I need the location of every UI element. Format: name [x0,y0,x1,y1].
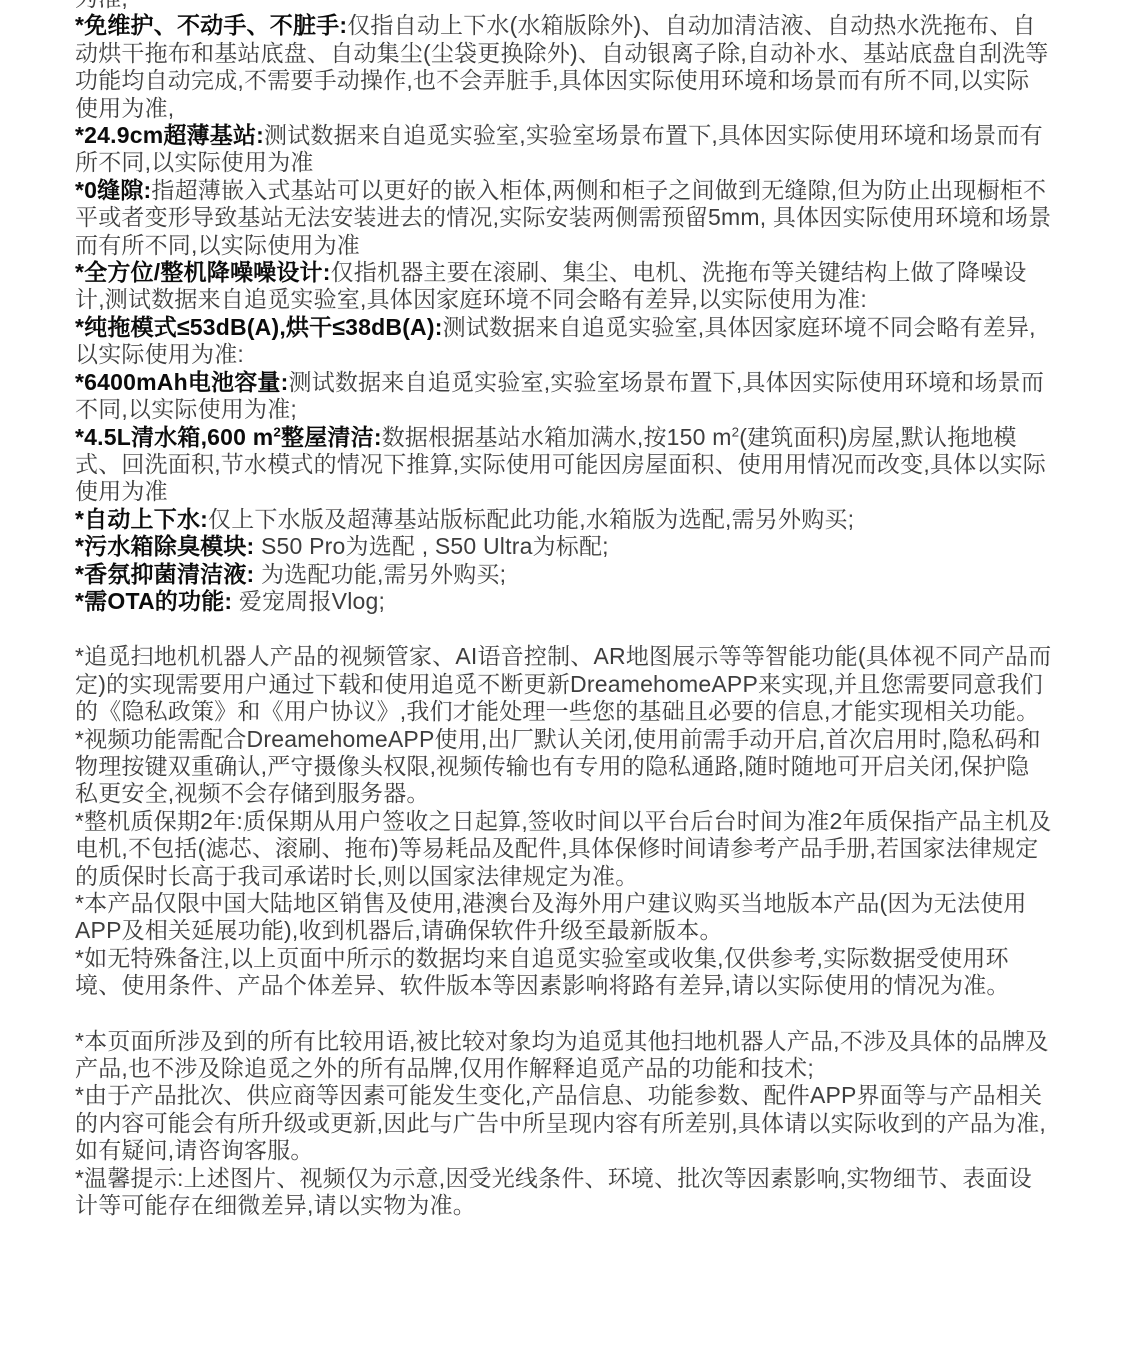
footnote-label: *24.9cm超薄基站: [75,122,264,148]
footnote-text: 数据根据基站水箱加满水,按150 m [382,424,732,450]
footnote-section-1: *免维护、不动手、不脏手:仅指自动上下水(水箱版除外)、自动加清洁液、自动热水洗… [75,12,1052,615]
footnote-label: *污水箱除臭模块: [75,533,254,559]
footnote-text: *由于产品批次、供应商等因素可能发生变化,产品信息、功能参数、配件APP界面等与… [75,1082,1046,1163]
footnote-label: *香氛抑菌清洁液: [75,561,254,587]
footnote-paragraph: *纯拖模式≤53dB(A),烘干≤38dB(A):测试数据来自追觅实验室,具体因… [75,314,1052,369]
footnote-paragraph: *污水箱除臭模块: S50 Pro为选配 , S50 Ultra为标配; [75,533,1052,560]
footnote-section-3: *本页面所涉及到的所有比较用语,被比较对象均为追觅其他扫地机器人产品,不涉及具体… [75,1028,1052,1220]
footnote-label: *自动上下水: [75,506,208,532]
footnote-paragraph: *由于产品批次、供应商等因素可能发生变化,产品信息、功能参数、配件APP界面等与… [75,1082,1052,1164]
footnotes: *免维护、不动手、不脏手:仅指自动上下水(水箱版除外)、自动加清洁液、自动热水洗… [75,12,1052,1219]
footnote-text: 指超薄嵌入式基站可以更好的嵌入柜体,两侧和柜子之间做到无缝隙,但为防止出现橱柜不… [75,177,1051,258]
footnote-paragraph: *香氛抑菌清洁液: 为选配功能,需另外购买; [75,561,1052,588]
footnote-paragraph: *视频功能需配合DreamehomeAPP使用,出厂默认关闭,使用前需手动开启,… [75,726,1052,808]
footnote-paragraph: *24.9cm超薄基站:测试数据来自追觅实验室,实验室场景布置下,具体因实际使用… [75,122,1052,177]
footnote-label: *6400mAh电池容量: [75,369,289,395]
footnote-paragraph: *温馨提示:上述图片、视频仅为示意,因受光线条件、环境、批次等因素影响,实物细节… [75,1165,1052,1220]
footnote-label: *免维护、不动手、不脏手: [75,12,347,38]
footnote-paragraph: *自动上下水:仅上下水版及超薄基站版标配此功能,水箱版为选配,需另外购买; [75,506,1052,533]
footnote-label: 2 [273,424,281,450]
footnote-text: *如无特殊备注,以上页面中所示的数据均来自追觅实验室或收集,仅供参考,实际数据受… [75,945,1010,998]
footnote-label: *全方位/整机降噪噪设计: [75,259,331,285]
footnote-text: S50 Pro为选配 , S50 Ultra为标配; [254,533,608,559]
disclaimer-page: 为准, *免维护、不动手、不脏手:仅指自动上下水(水箱版除外)、自动加清洁液、自… [0,0,1125,1219]
footnote-text: *本页面所涉及到的所有比较用语,被比较对象均为追觅其他扫地机器人产品,不涉及具体… [75,1028,1049,1081]
footnote-text: *本产品仅限中国大陆地区销售及使用,港澳台及海外用户建议购买当地版本产品(因为无… [75,890,1027,943]
footnote-text: 仅上下水版及超薄基站版标配此功能,水箱版为选配,需另外购买; [208,506,854,532]
superscript: 2 [273,424,281,439]
footnote-text: *视频功能需配合DreamehomeAPP使用,出厂默认关闭,使用前需手动开启,… [75,726,1041,807]
footnote-paragraph: *如无特殊备注,以上页面中所示的数据均来自追觅实验室或收集,仅供参考,实际数据受… [75,945,1052,1000]
footnote-paragraph: *本产品仅限中国大陆地区销售及使用,港澳台及海外用户建议购买当地版本产品(因为无… [75,890,1052,945]
footnote-text: *整机质保期2年:质保期从用户签收之日起算,签收时间以平台后台时间为准2年质保指… [75,808,1051,889]
footnote-paragraph: *整机质保期2年:质保期从用户签收之日起算,签收时间以平台后台时间为准2年质保指… [75,808,1052,890]
clipped-line: 为准, [75,0,1052,12]
footnote-paragraph: *全方位/整机降噪噪设计:仅指机器主要在滚刷、集尘、电机、洗拖布等关键结构上做了… [75,259,1052,314]
footnote-paragraph: *4.5L清水箱,600 m2整屋清洁:数据根据基站水箱加满水,按150 m2(… [75,424,1052,506]
footnote-label: *纯拖模式≤53dB(A),烘干≤38dB(A): [75,314,443,340]
footnote-label: *需OTA的功能: [75,588,232,614]
footnote-paragraph: *免维护、不动手、不脏手:仅指自动上下水(水箱版除外)、自动加清洁液、自动热水洗… [75,12,1052,122]
footnote-text: 爱宠周报Vlog; [232,588,385,614]
footnote-paragraph: *需OTA的功能: 爱宠周报Vlog; [75,588,1052,615]
footnote-text: *追觅扫地机机器人产品的视频管家、AI语音控制、AR地图展示等等智能功能(具体视… [75,643,1051,724]
footnote-text: *温馨提示:上述图片、视频仅为示意,因受光线条件、环境、批次等因素影响,实物细节… [75,1165,1032,1218]
footnote-section-2: *追觅扫地机机器人产品的视频管家、AI语音控制、AR地图展示等等智能功能(具体视… [75,643,1052,999]
footnote-paragraph: *本页面所涉及到的所有比较用语,被比较对象均为追觅其他扫地机器人产品,不涉及具体… [75,1028,1052,1083]
footnote-label: *0缝隙: [75,177,151,203]
footnote-paragraph: *追觅扫地机机器人产品的视频管家、AI语音控制、AR地图展示等等智能功能(具体视… [75,643,1052,725]
footnote-text: 为选配功能,需另外购买; [254,561,506,587]
footnote-paragraph: *6400mAh电池容量:测试数据来自追觅实验室,实验室场景布置下,具体因实际使… [75,369,1052,424]
footnote-paragraph: *0缝隙:指超薄嵌入式基站可以更好的嵌入柜体,两侧和柜子之间做到无缝隙,但为防止… [75,177,1052,259]
footnote-label: *4.5L清水箱,600 m [75,424,273,450]
footnote-label: 整屋清洁: [281,424,382,450]
